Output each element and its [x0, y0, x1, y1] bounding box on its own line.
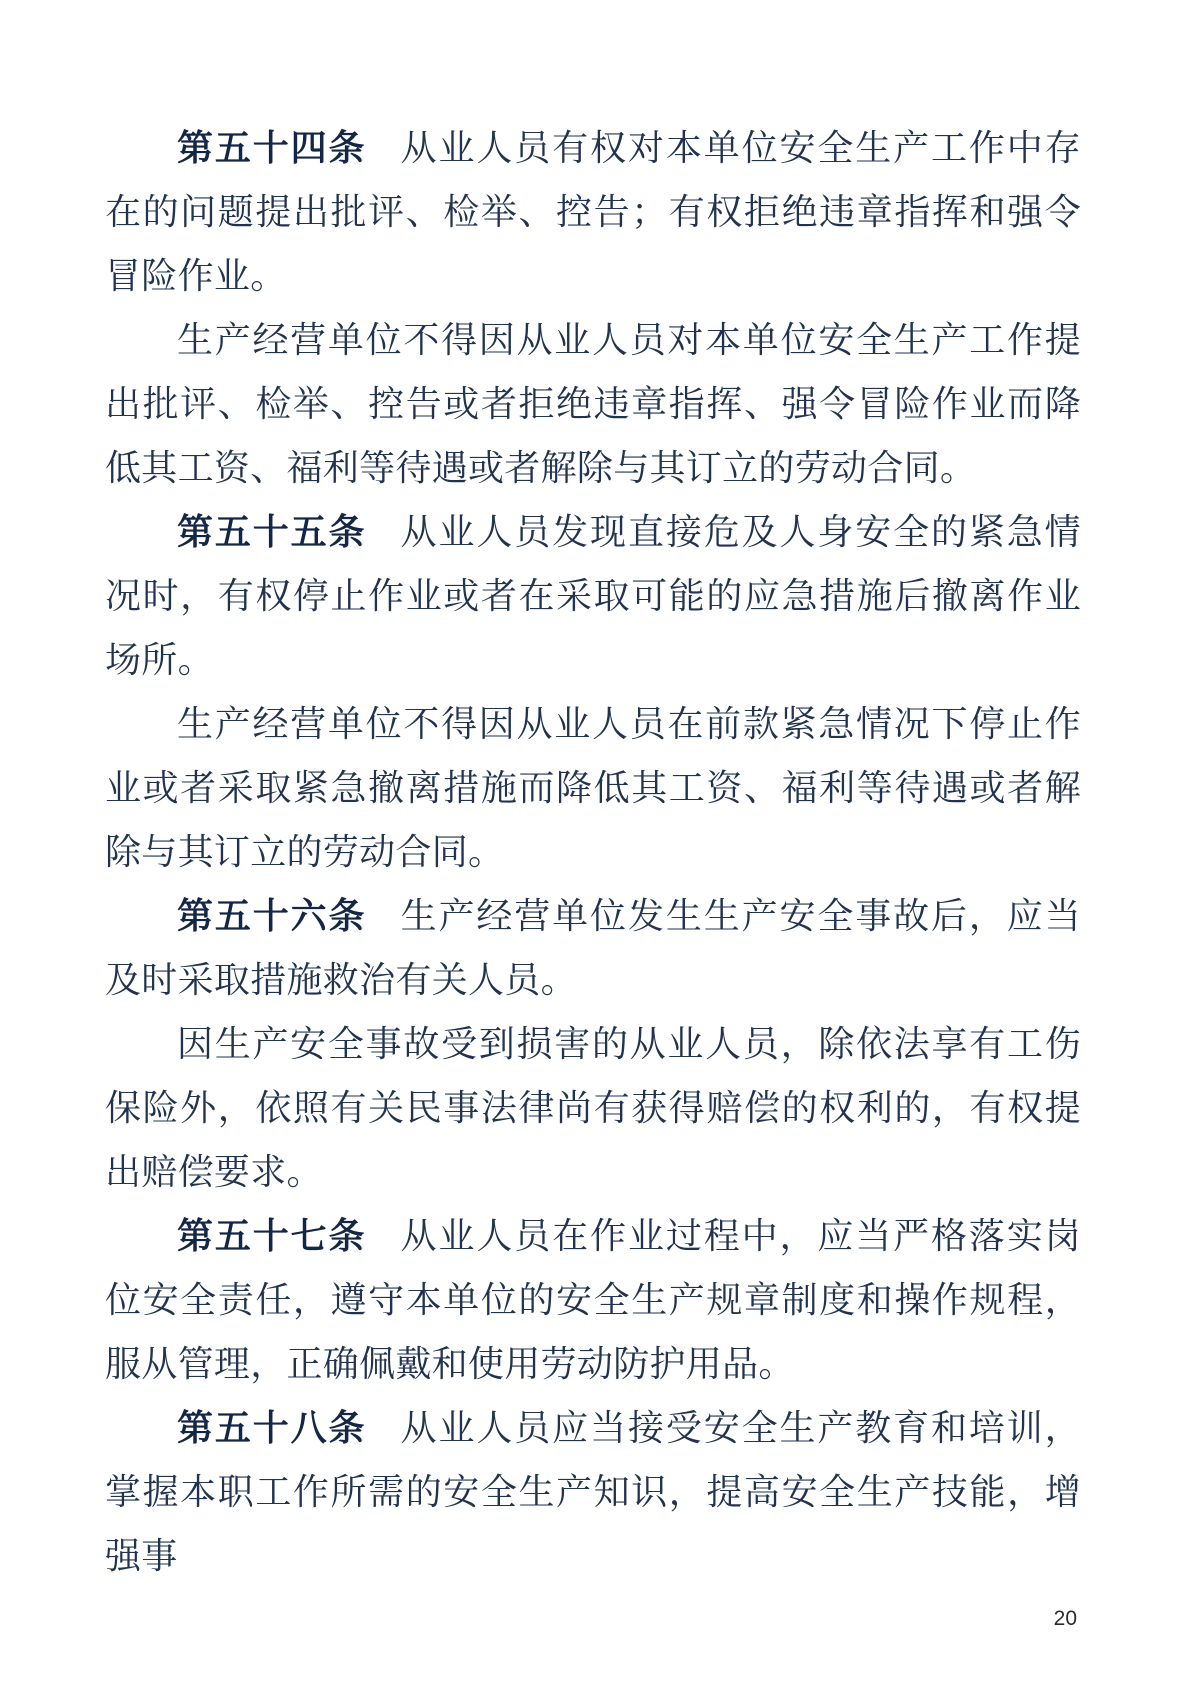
document-page: 第五十四条从业人员有权对本单位安全生产工作中存在的问题提出批评、检举、控告；有权…	[0, 0, 1190, 1683]
article-number-label: 第五十八条	[177, 1407, 366, 1448]
article-paragraph: 第五十六条生产经营单位发生生产安全事故后，应当及时采取措施救治有关人员。	[105, 884, 1081, 1012]
article-paragraph: 生产经营单位不得因从业人员在前款紧急情况下停止作业或者采取紧急撤离措施而降低其工…	[105, 692, 1081, 884]
paragraph-text: 因生产安全事故受到损害的从业人员，除依法享有工伤保险外，依照有关民事法律尚有获得…	[105, 1024, 1081, 1192]
paragraph-text: 生产经营单位不得因从业人员对本单位安全生产工作提出批评、检举、控告或者拒绝违章指…	[105, 320, 1081, 488]
page-number: 20	[1054, 1606, 1077, 1632]
paragraph-text: 生产经营单位不得因从业人员在前款紧急情况下停止作业或者采取紧急撤离措施而降低其工…	[105, 704, 1081, 872]
article-paragraph: 因生产安全事故受到损害的从业人员，除依法享有工伤保险外，依照有关民事法律尚有获得…	[105, 1012, 1081, 1204]
article-number-label: 第五十六条	[177, 895, 366, 936]
article-paragraph: 第五十八条从业人员应当接受安全生产教育和培训，掌握本职工作所需的安全生产知识，提…	[105, 1396, 1081, 1588]
article-paragraph: 第五十四条从业人员有权对本单位安全生产工作中存在的问题提出批评、检举、控告；有权…	[105, 116, 1081, 308]
article-number-label: 第五十五条	[177, 511, 366, 552]
article-paragraph: 第五十七条从业人员在作业过程中，应当严格落实岗位安全责任，遵守本单位的安全生产规…	[105, 1204, 1081, 1396]
article-paragraph: 生产经营单位不得因从业人员对本单位安全生产工作提出批评、检举、控告或者拒绝违章指…	[105, 308, 1081, 500]
article-paragraph: 第五十五条从业人员发现直接危及人身安全的紧急情况时，有权停止作业或者在采取可能的…	[105, 500, 1081, 692]
article-number-label: 第五十四条	[177, 127, 366, 168]
article-number-label: 第五十七条	[177, 1215, 366, 1256]
document-body: 第五十四条从业人员有权对本单位安全生产工作中存在的问题提出批评、检举、控告；有权…	[105, 116, 1081, 1588]
